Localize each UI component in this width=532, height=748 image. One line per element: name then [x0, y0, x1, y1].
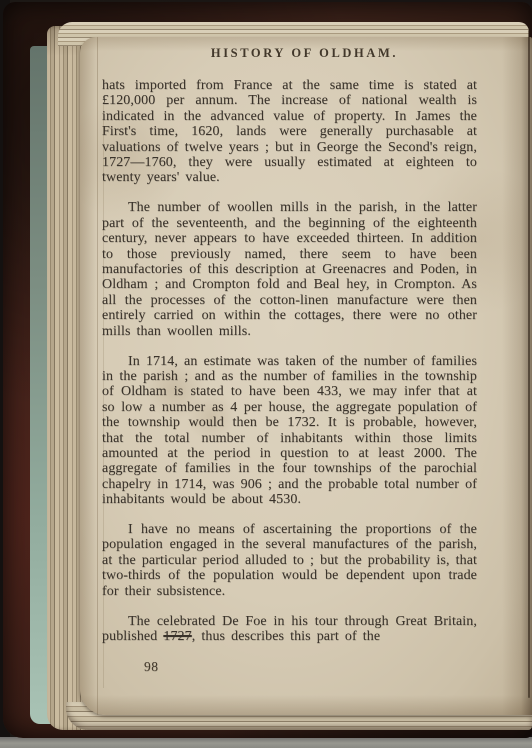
- running-header: HISTORY OF OLDHAM.: [117, 46, 492, 61]
- scanned-book-photo: HISTORY OF OLDHAM. hats imported from Fr…: [0, 0, 532, 748]
- paragraph-5-after: , thus describes this part of the: [192, 629, 380, 644]
- page-text-column: HISTORY OF OLDHAM. hats imported from Fr…: [102, 46, 477, 675]
- paragraph-5: The celebrated De Foe in his tour throug…: [102, 614, 477, 645]
- gutter-shadow-line: [528, 30, 530, 698]
- struck-year: 1727: [163, 629, 191, 644]
- paragraph-4: I have no means of ascertaining the prop…: [102, 522, 477, 599]
- page-number: 98: [144, 659, 477, 675]
- paragraph-1: hats imported from France at the same ti…: [102, 78, 477, 186]
- paragraph-3: In 1714, an estimate was taken of the nu…: [102, 354, 477, 508]
- scanner-table-strip: [0, 737, 532, 748]
- paragraph-2: The number of woollen mills in the paris…: [102, 200, 477, 339]
